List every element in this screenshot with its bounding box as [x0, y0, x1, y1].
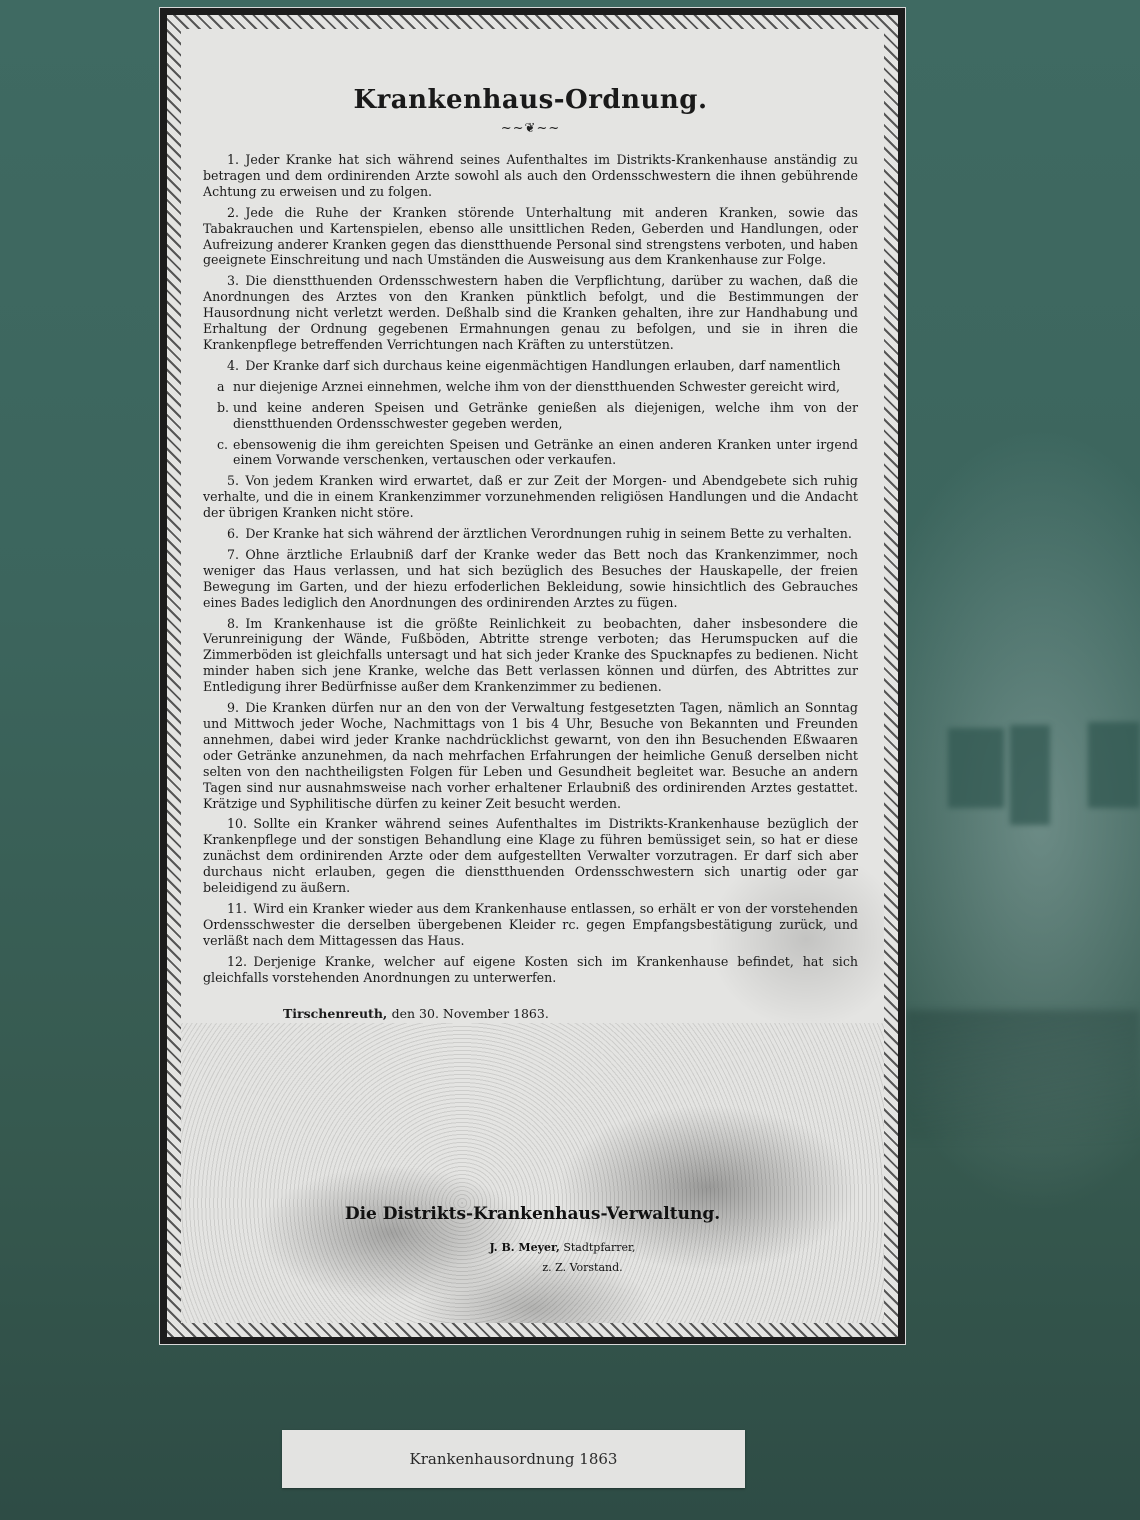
rule-subitem: c.ebensowenig die ihm gereichten Speisen…: [233, 437, 858, 469]
rule-number: 12.: [227, 954, 247, 969]
signer-title: Stadtpfarrer,: [563, 1241, 635, 1254]
rule-text: Sollte ein Kranker während seines Aufent…: [203, 816, 858, 895]
background-picture-frame: [1010, 725, 1050, 825]
rule-text: Der Kranke hat sich während der ärztlich…: [245, 526, 852, 541]
rule-paragraph: 7. Ohne ärztliche Erlaubniß darf der Kra…: [203, 547, 858, 611]
rule-paragraph: 11. Wird ein Kranker wieder aus dem Kran…: [203, 901, 858, 949]
rule-paragraph: 3. Die dienstthuenden Ordensschwestern h…: [203, 273, 858, 353]
rule-subitem: anur diejenige Arznei einnehmen, welche …: [233, 379, 858, 395]
rule-4-subitems: anur diejenige Arznei einnehmen, welche …: [203, 379, 858, 469]
dateline-date: den 30. November 1863.: [392, 1006, 549, 1021]
subitem-text: ebensowenig die ihm gereichten Speisen u…: [233, 437, 858, 468]
rule-text: Die Kranken dürfen nur an den von der Ve…: [203, 700, 858, 810]
rule-paragraph: 1. Jeder Kranke hat sich während seines …: [203, 152, 858, 200]
signer-name: J. B. Meyer,: [489, 1241, 559, 1254]
document-body: Krankenhaus-Ordnung. ~~❦~~ 1. Jeder Kran…: [203, 29, 858, 1323]
rule-number: 5.: [227, 473, 239, 488]
background-picture-frame: [1088, 722, 1140, 808]
framed-document: Krankenhaus-Ordnung. ~~❦~~ 1. Jeder Kran…: [160, 8, 905, 1344]
dateline: Tirschenreuth, den 30. November 1863.: [283, 1006, 858, 1021]
rule-number: 11.: [227, 901, 247, 916]
rule-paragraph: 4. Der Kranke darf sich durchaus keine e…: [203, 358, 858, 374]
rule-number: 4.: [227, 358, 239, 373]
rule-text: Derjenige Kranke, welcher auf eigene Kos…: [203, 954, 858, 985]
rule-paragraph: 2. Jede die Ruhe der Kranken störende Un…: [203, 205, 858, 269]
ornamental-border: Krankenhaus-Ordnung. ~~❦~~ 1. Jeder Kran…: [167, 15, 898, 1337]
subitem-letter: b.: [217, 400, 233, 416]
subitem-letter: a: [217, 379, 233, 395]
rules-list-continued: 5. Von jedem Kranken wird erwartet, daß …: [203, 473, 858, 985]
background-reflection: [905, 1010, 1140, 1140]
subitem-letter: c.: [217, 437, 233, 453]
rule-number: 1.: [227, 152, 239, 167]
rule-number: 6.: [227, 526, 239, 541]
caption-text: Krankenhausordnung 1863: [410, 1450, 618, 1468]
rule-paragraph: 10. Sollte ein Kranker während seines Au…: [203, 816, 858, 896]
rule-text: Von jedem Kranken wird erwartet, daß er …: [203, 473, 858, 520]
rule-number: 8.: [227, 616, 239, 631]
subitem-text: und keine anderen Speisen und Getränke g…: [233, 400, 858, 431]
flourish-ornament: ~~❦~~: [203, 121, 858, 136]
rule-number: 9.: [227, 700, 239, 715]
rule-text: Jeder Kranke hat sich während seines Auf…: [203, 152, 858, 199]
rule-number: 10.: [227, 816, 247, 831]
rule-subitem: b.und keine anderen Speisen und Getränke…: [233, 400, 858, 432]
rule-text: Ohne ärztliche Erlaubniß darf der Kranke…: [203, 547, 858, 610]
administration-heading: Die Distrikts-Krankenhaus-Verwaltung.: [181, 1204, 884, 1224]
rule-paragraph: 6. Der Kranke hat sich während der ärztl…: [203, 526, 858, 542]
rule-text: Im Krankenhause ist die größte Reinlichk…: [203, 616, 858, 695]
rule-paragraph: 12. Derjenige Kranke, welcher auf eigene…: [203, 954, 858, 986]
rule-paragraph: 9. Die Kranken dürfen nur an den von der…: [203, 700, 858, 811]
dateline-place: Tirschenreuth,: [283, 1006, 387, 1021]
rule-paragraph: 8. Im Krankenhause ist die größte Reinli…: [203, 616, 858, 696]
rules-list: 1. Jeder Kranke hat sich während seines …: [203, 152, 858, 374]
signer-role: z. Z. Vorstand.: [181, 1261, 884, 1274]
rule-number: 7.: [227, 547, 239, 562]
rule-text: Wird ein Kranker wieder aus dem Krankenh…: [203, 901, 858, 948]
rule-number: 2.: [227, 205, 239, 220]
rule-text: Die dienstthuenden Ordensschwestern habe…: [203, 273, 858, 352]
caption-label: Krankenhausordnung 1863: [282, 1430, 745, 1488]
subitem-text: nur diejenige Arznei einnehmen, welche i…: [233, 379, 840, 394]
background-picture-frame: [948, 728, 1004, 808]
rule-text: Jede die Ruhe der Kranken störende Unter…: [203, 205, 858, 268]
rule-text: Der Kranke darf sich durchaus keine eige…: [245, 358, 840, 373]
rule-paragraph: 5. Von jedem Kranken wird erwartet, daß …: [203, 473, 858, 521]
signature: J. B. Meyer, Stadtpfarrer,: [181, 1241, 884, 1254]
document-title: Krankenhaus-Ordnung.: [203, 85, 858, 115]
rule-number: 3.: [227, 273, 239, 288]
